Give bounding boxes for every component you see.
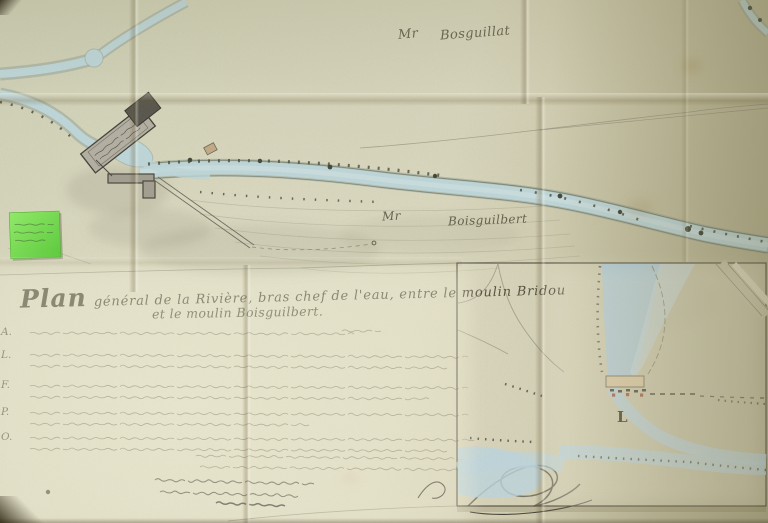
paper-grain xyxy=(0,0,768,523)
legend-marker-l: L. xyxy=(1,349,11,361)
inset-point-label: L xyxy=(617,408,628,426)
owner-label-top-prefix: Mr xyxy=(397,26,419,43)
owner-label-mid-prefix: Mr xyxy=(382,209,402,224)
legend-marker-o: O. xyxy=(1,431,12,443)
owner-label-mid-name: Boisguilbert xyxy=(448,212,528,229)
map-title-lead: Plan xyxy=(20,283,87,314)
legend-marker-p: P. xyxy=(1,406,9,418)
legend-marker-f: F. xyxy=(1,379,10,391)
legend-marker-a: A. xyxy=(1,326,12,338)
map-title-line2: et le moulin Boisguilbert. xyxy=(152,304,323,322)
map-drawing xyxy=(0,0,768,523)
map-photo: Mr Bosguillat Mr Boisguilbert Plan génér… xyxy=(0,0,768,523)
